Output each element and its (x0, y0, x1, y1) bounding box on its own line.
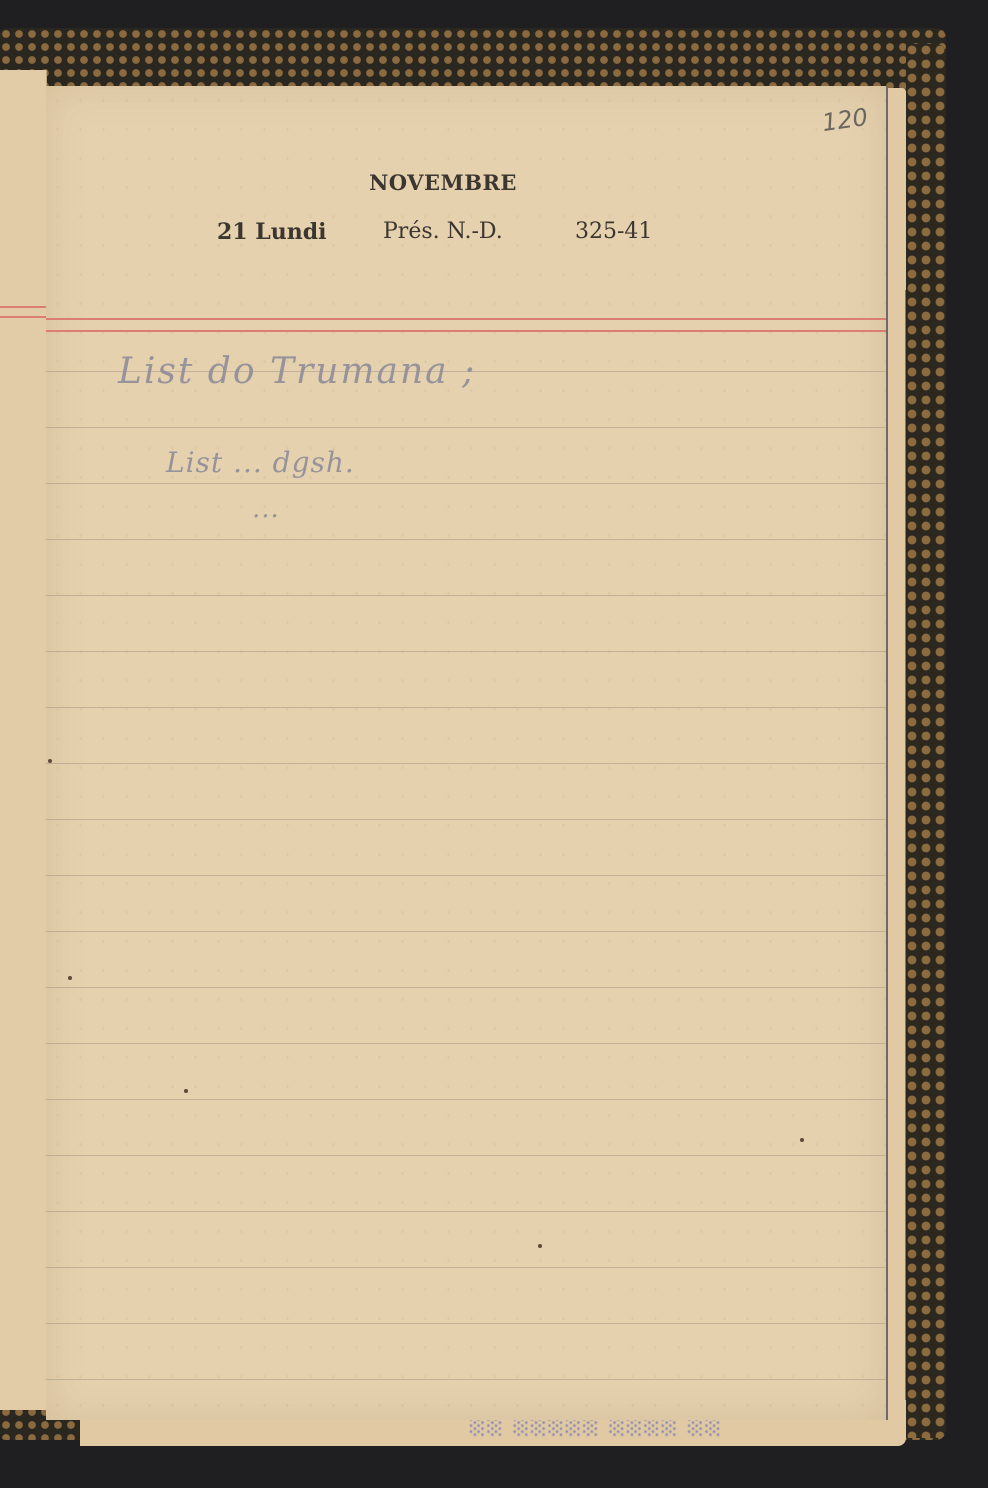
red-rule (0, 306, 46, 308)
red-rule (0, 316, 46, 318)
red-rule (46, 318, 886, 320)
ruled-line (46, 539, 886, 540)
month-heading: NOVEMBRE (46, 170, 840, 195)
paper-speck (68, 976, 72, 980)
ruled-line (46, 1211, 886, 1212)
day-of-year: 325-41 (575, 219, 652, 244)
ruled-line (46, 931, 886, 932)
right-margin-line (905, 290, 906, 1400)
paper-speck (48, 759, 52, 763)
ruled-line (46, 1043, 886, 1044)
day-label: 21 Lundi (217, 219, 326, 245)
handwritten-note-line-1: List do Trumana ; (118, 351, 476, 392)
ruled-line (46, 763, 886, 764)
ruled-line (46, 1155, 886, 1156)
ruled-line (46, 1099, 886, 1100)
ruled-line (46, 875, 886, 876)
date-row: 21 Lundi Prés. N.-D. 325-41 (46, 219, 886, 249)
ruled-line (46, 1267, 886, 1268)
handwritten-note-line-3: ... (252, 494, 280, 524)
left-page-edge (0, 70, 47, 1410)
handwritten-note-line-2: List ... dgsh. (166, 446, 355, 479)
paper-speck (184, 1089, 188, 1093)
red-rule (46, 330, 886, 332)
paper-speck (538, 1244, 542, 1248)
ruled-line (46, 595, 886, 596)
ruled-line (46, 987, 886, 988)
ruled-line (46, 427, 886, 428)
ruled-line (46, 819, 886, 820)
notebook-cover-edge (906, 44, 946, 1438)
page-number: 120 (820, 103, 869, 137)
diary-page: 120 NOVEMBRE 21 Lundi Prés. N.-D. 325-41… (46, 86, 888, 1420)
ruled-line (46, 651, 886, 652)
feast-day: Prés. N.-D. (383, 219, 503, 244)
ruled-line (46, 1323, 886, 1324)
ruled-line (46, 483, 886, 484)
ruled-line (46, 707, 886, 708)
paper-speck (800, 1138, 804, 1142)
ruled-line (46, 1379, 886, 1380)
